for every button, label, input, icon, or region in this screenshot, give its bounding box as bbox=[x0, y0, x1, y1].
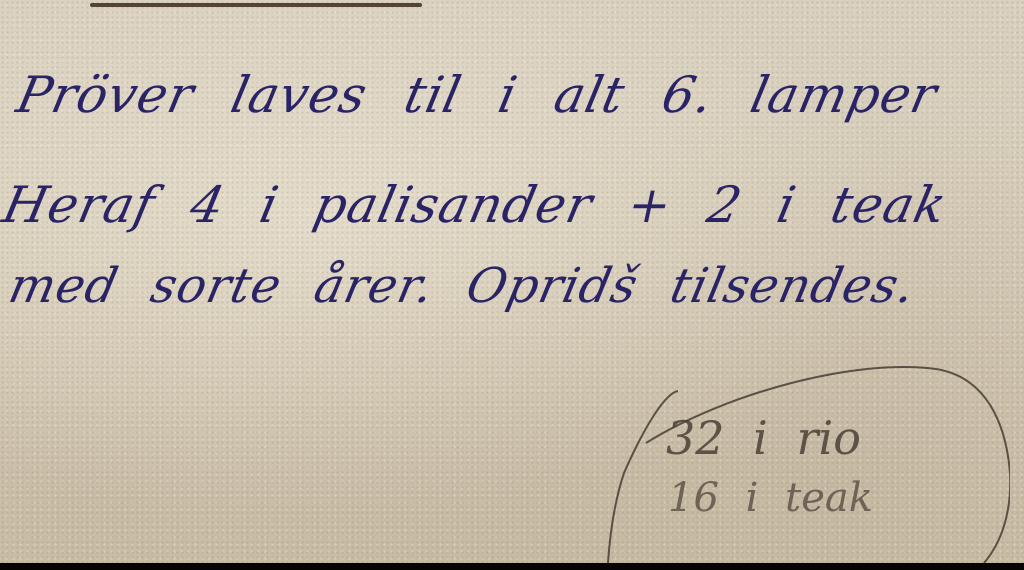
pencil-line-1: 32 i rio bbox=[666, 411, 861, 465]
paper-sheet: Pröver laves til i alt 6. lamper Heraf 4… bbox=[0, 0, 1024, 563]
circled-pencil-annotation: 32 i rio 16 i teak bbox=[606, 363, 1010, 563]
top-ink-rule bbox=[90, 3, 422, 7]
handwritten-line-1: Pröver laves til i alt 6. lamper bbox=[12, 66, 943, 124]
bottom-black-bar bbox=[0, 563, 1024, 570]
handwritten-line-3: med sorte årer. Opridš tilsendes. bbox=[4, 258, 920, 314]
handwritten-line-2: Heraf 4 i palisander + 2 i teak bbox=[0, 176, 952, 234]
pencil-line-2: 16 i teak bbox=[668, 475, 873, 521]
